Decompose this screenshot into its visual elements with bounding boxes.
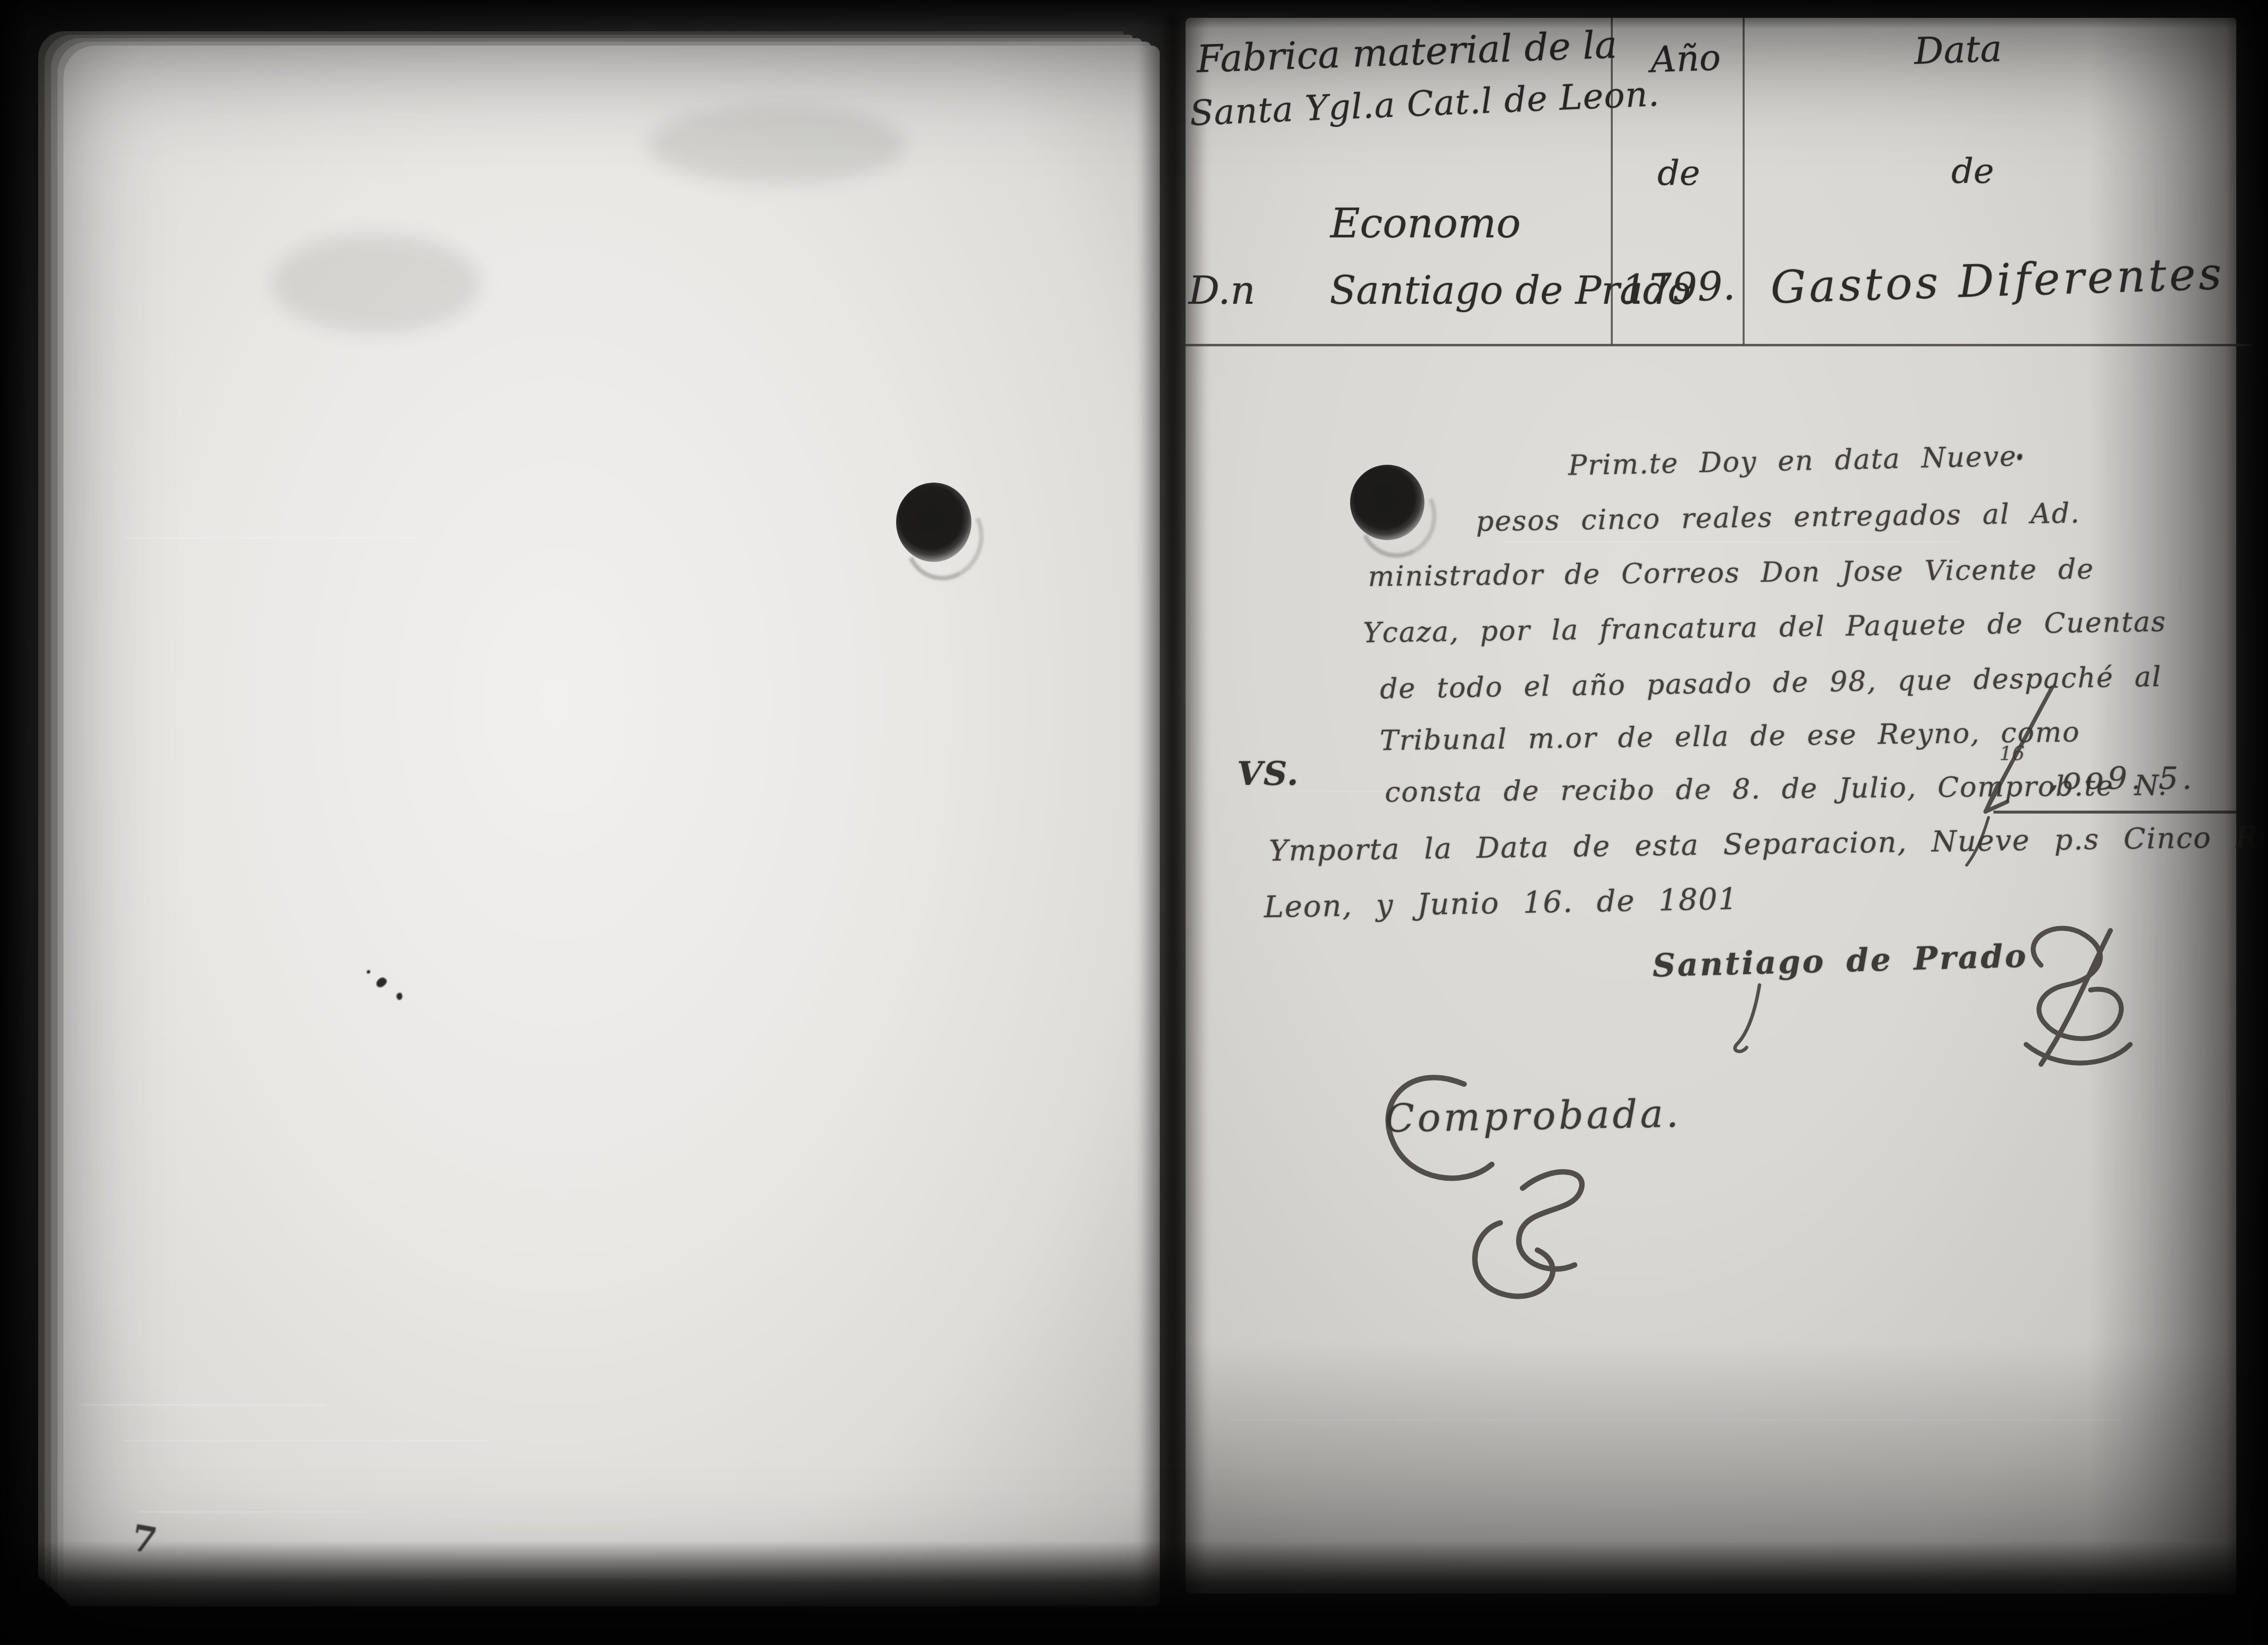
- data-column-gastos: Gastos Diferentes: [1770, 248, 2225, 314]
- ledger-title-line2: Santa Ygl.a Cat.l de Leon.: [1189, 73, 1660, 134]
- stain-smudge: [272, 234, 480, 333]
- binding-gutter-shadow: [1138, 14, 1207, 1604]
- left-page: 7: [63, 46, 1160, 1606]
- entry-line-6: Tribunal m.or de ella de ese Reyno, como: [1380, 716, 2081, 757]
- folio-superscript: 16: [1999, 742, 2025, 765]
- entry-line-2: pesos cinco reales entregados al Ad.: [1476, 497, 2081, 538]
- ledger-title-economo-name: D.nSantiago de Prado: [1189, 269, 1691, 313]
- entry-line-4: Ycaza, por la francatura del Paquete de …: [1363, 606, 2167, 650]
- ink-speck: [375, 976, 388, 989]
- film-edge-left: [0, 0, 29, 1645]
- ledger-header-divider-2: [1743, 18, 1745, 345]
- year-column-ano: Año: [1650, 37, 1722, 81]
- signature-descender: [1735, 985, 1759, 1051]
- punch-hole-left-page: [896, 483, 971, 562]
- ledger-header-bottom-rule: [1171, 344, 2251, 346]
- ink-speck: [367, 970, 370, 974]
- corner-ink-mark: 7: [128, 1516, 160, 1562]
- film-scratch: [123, 1440, 490, 1441]
- ledger-title-line1: Fabrica material de la: [1196, 22, 1618, 81]
- ledger-title-economo: Economo: [1330, 200, 1521, 247]
- stain-smudge: [648, 105, 906, 184]
- place-date-line: Leon, y Junio 16. de 1801: [1263, 882, 1738, 925]
- entry-line-3: ministrador de Correos Don Jose Vicente …: [1368, 553, 2095, 593]
- signature-santiago-de-prado: Santiago de Prado: [1652, 937, 2028, 985]
- margin-note-vs: VS.: [1237, 754, 1300, 793]
- film-scratch: [1230, 1419, 2122, 1421]
- verification-comprobada: Comprobada.: [1384, 1092, 1682, 1141]
- film-scratch: [1275, 791, 1711, 792]
- year-column-de: de: [1657, 153, 1700, 193]
- punch-hole-right-page: [1350, 465, 1424, 540]
- data-column-de: de: [1951, 151, 1994, 191]
- page-edge-shadow-bottom: [1186, 1341, 2236, 1593]
- entry-line-5: de todo el año pasado de 98, que despach…: [1380, 661, 2162, 706]
- year-column-1799: 1799.: [1621, 263, 1736, 313]
- amount-pesos-reales: ,oo9. 5.: [2049, 760, 2196, 796]
- film-scratch: [138, 1511, 366, 1513]
- microfilm-frame: 7 Fabrica material de la Santa Ygl.a Cat…: [0, 0, 2268, 1645]
- right-page: Fabrica material de la Santa Ygl.a Cat.l…: [1186, 18, 2236, 1593]
- summary-line: Ymporta la Data de esta Separacion, Nuev…: [1269, 819, 2268, 868]
- ink-speck: [2017, 454, 2022, 460]
- film-scratch: [78, 1404, 326, 1406]
- amount-underline-rule: [1993, 811, 2236, 814]
- data-column-data: Data: [1914, 27, 2003, 73]
- ink-speck: [396, 992, 403, 1000]
- entry-line-1: Prim.te Doy en data Nueve: [1568, 440, 2017, 482]
- film-scratch: [123, 537, 420, 539]
- film-scratch: [1503, 541, 1959, 543]
- signature-rubric: [2026, 928, 2130, 1064]
- comprobada-paraph: [1475, 1172, 1582, 1296]
